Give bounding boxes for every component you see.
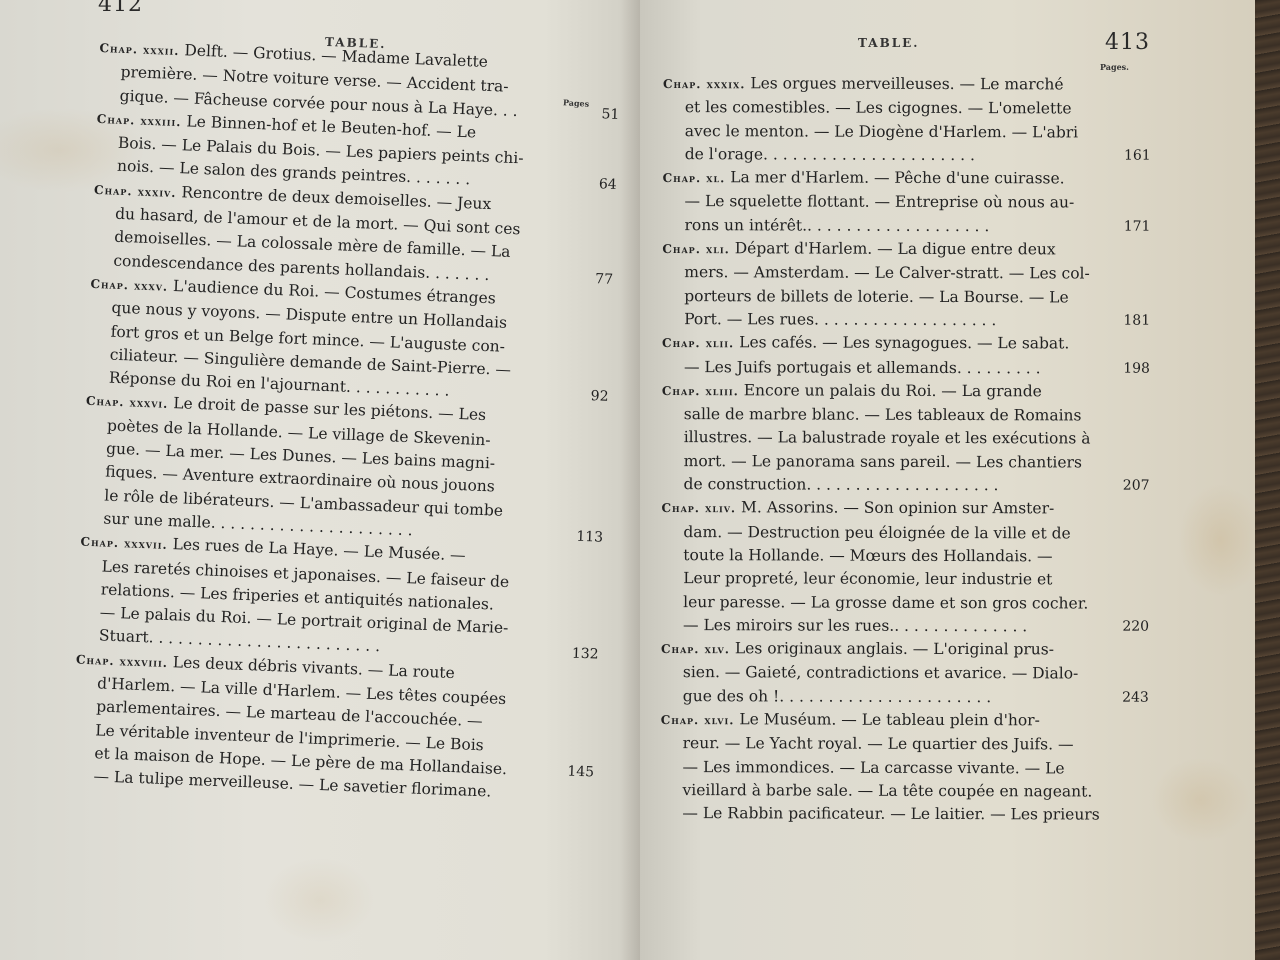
toc-entry: Chap. xxxix. Les orgues merveilleuses. —…	[663, 72, 1103, 168]
right-pages-column-label: Pages.	[1100, 62, 1129, 72]
right-toc-list: Chap. xxxix. Les orgues merveilleuses. —…	[660, 72, 1103, 827]
chapter-label: Chap. xxxiii.	[97, 112, 182, 129]
entry-line: Le Muséum. — Le tableau plein d'hor-	[739, 710, 1040, 729]
page-ref: 243	[1122, 686, 1149, 709]
entry-line: gue des oh !. . . . . . . . . . . . . . …	[661, 685, 1101, 710]
toc-entry: Chap. xlv. Les originaux anglais. — L'or…	[661, 637, 1101, 709]
page-ref: 77	[595, 268, 614, 292]
left-page-number: 412	[98, 0, 143, 17]
chapter-label: Chap. xxxix.	[663, 77, 745, 91]
entry-line: porteurs de billets de loterie. — La Bou…	[662, 285, 1102, 310]
page-ref: 145	[567, 761, 595, 785]
toc-entry: Chap. xl. La mer d'Harlem. — Pêche d'une…	[662, 166, 1102, 238]
entry-line: Les orgues merveilleuses. — Le marché	[750, 74, 1063, 93]
page-ref: 181	[1123, 310, 1150, 333]
chapter-label: Chap. xlv.	[661, 642, 730, 656]
entry-line: M. Assorins. — Son opinion sur Amster-	[741, 499, 1054, 518]
page-ref: 161	[1124, 145, 1151, 168]
right-page-number: 413	[1105, 30, 1150, 55]
entry-line: rons un intérêt.. . . . . . . . . . . . …	[662, 214, 1102, 239]
entry-line: — Les Juifs portugais et allemands. . . …	[662, 356, 1102, 381]
entry-line: de l'orage. . . . . . . . . . . . . . . …	[663, 143, 1103, 168]
chapter-label: Chap. xxxii.	[99, 41, 179, 58]
entry-line: sien. — Gaieté, contradictions et avaric…	[661, 661, 1101, 686]
page-ref: 220	[1122, 615, 1149, 638]
page-ref: 64	[598, 174, 617, 198]
entry-line: mers. — Amsterdam. — Le Calver-stratt. —…	[662, 261, 1102, 286]
entry-line: Encore un palais du Roi. — La grande	[744, 381, 1042, 400]
toc-entry: Chap. xxxv. L'audience du Roi. — Costume…	[86, 272, 560, 407]
page-ref: 51	[601, 103, 620, 127]
chapter-label: Chap. xliii.	[662, 384, 739, 398]
entry-line: vieillard à barbe sale. — La tête coupée…	[660, 779, 1100, 804]
right-running-head: TABLE.	[858, 36, 920, 50]
page-ref: 92	[590, 385, 609, 409]
entry-line: Départ d'Harlem. — La digue entre deux	[735, 239, 1056, 258]
page-ref: 207	[1123, 475, 1150, 498]
entry-line: toute la Hollande. — Mœurs des Hollandai…	[661, 544, 1101, 569]
entry-line: — Les immondices. — La carcasse vivante.…	[661, 756, 1101, 781]
entry-line: Port. — Les rues. . . . . . . . . . . . …	[662, 308, 1102, 333]
toc-entry: Chap. xliv. M. Assorins. — Son opinion s…	[661, 496, 1101, 638]
toc-entry: Chap. xli. Départ d'Harlem. — La digue e…	[662, 237, 1102, 333]
entry-line: — Les miroirs sur les rues.. . . . . . .…	[661, 614, 1101, 639]
left-page: 412 TABLE. Pages Chap. xxxii. Delft. — G…	[0, 0, 640, 960]
chapter-label: Chap. xliv.	[661, 501, 736, 515]
entry-line: reur. — Le Yacht royal. — Le quartier de…	[661, 732, 1101, 757]
chapter-label: Chap. xl.	[663, 171, 726, 185]
page-ref: 132	[571, 643, 599, 667]
entry-line: mort. — Le panorama sans pareil. — Les c…	[662, 450, 1102, 475]
toc-entry: Chap. xlii. Les cafés. — Les synagogues.…	[662, 331, 1102, 380]
page-ref: 171	[1124, 215, 1151, 238]
entry-line: Les cafés. — Les synagogues. — Le sabat.	[739, 334, 1069, 353]
toc-entry: Chap. xxxviii. Les deux débris vivants. …	[71, 647, 546, 806]
entry-line: La mer d'Harlem. — Pêche d'une cuirasse.	[730, 168, 1064, 187]
chapter-label: Chap. xxxiv.	[94, 183, 177, 200]
entry-line: — Le squelette flottant. — Entreprise où…	[663, 190, 1103, 215]
chapter-label: Chap. xli.	[662, 242, 730, 256]
chapter-label: Chap. xxxvii.	[80, 535, 168, 552]
page-ref: 113	[576, 526, 604, 550]
entry-line: leur paresse. — La grosse dame et son gr…	[661, 591, 1101, 616]
marbled-cover-edge	[1255, 0, 1280, 960]
chapter-label: Chap. xlii.	[662, 336, 734, 350]
open-book-spread: 412 TABLE. Pages Chap. xxxii. Delft. — G…	[0, 0, 1280, 960]
toc-entry: Chap. xliii. Encore un palais du Roi. — …	[662, 379, 1102, 498]
entry-line: illustres. — La balustrade royale et les…	[662, 426, 1102, 451]
page-ref: 198	[1123, 357, 1150, 380]
chapter-label: Chap. xxxvi.	[86, 394, 169, 411]
chapter-label: Chap. xxxviii.	[76, 652, 168, 670]
entry-line: Leur propreté, leur économie, leur indus…	[661, 567, 1101, 592]
entry-line: Les originaux anglais. — L'original prus…	[735, 639, 1054, 658]
left-toc-list: Chap. xxxii. Delft. — Grotius. — Madame …	[71, 36, 570, 806]
toc-entry: Chap. xxxvii. Les rues de La Haye. — Le …	[77, 530, 551, 665]
entry-line: dam. — Destruction peu éloignée de la vi…	[661, 521, 1101, 546]
chapter-label: Chap. xxxv.	[90, 277, 168, 294]
entry-line: salle de marbre blanc. — Les tableaux de…	[662, 403, 1102, 428]
entry-line: avec le menton. — Le Diogène d'Harlem. —…	[663, 120, 1103, 145]
entry-line: et les comestibles. — Les cigognes. — L'…	[663, 96, 1103, 121]
entry-line: de construction. . . . . . . . . . . . .…	[662, 473, 1102, 498]
chapter-label: Chap. xlvi.	[661, 713, 735, 727]
toc-entry: Chap. xxxvi. Le droit de passe sur les p…	[81, 389, 556, 548]
toc-entry: Chap. xxxiv. Rencontre de deux demoisell…	[91, 178, 564, 290]
entry-line: — Le Rabbin pacificateur. — Le laitier. …	[660, 802, 1100, 827]
toc-entry: Chap. xlvi. Le Muséum. — Le tableau plei…	[660, 708, 1100, 827]
